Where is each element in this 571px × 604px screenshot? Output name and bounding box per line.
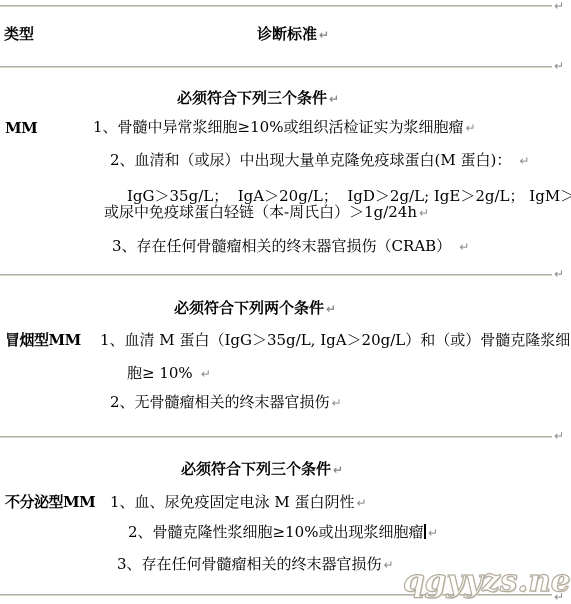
table-rule-section1 <box>0 274 552 276</box>
section-heading-mm-text: 必须符合下列三个条件 <box>177 89 327 107</box>
section-heading-nonsecretory-text: 必须符合下列三个条件 <box>181 460 331 478</box>
paragraph-return-icon: ↵ <box>319 28 329 42</box>
criteria-line: 1、骨髓中异常浆细胞≥10%或组织活检证实为浆细胞瘤↵ <box>93 119 476 136</box>
paragraph-return-icon: ↵ <box>384 558 394 572</box>
row-label-smoldering: 冒烟型MM <box>5 332 81 348</box>
column-header-criteria: 诊断标准↵ <box>30 26 556 43</box>
criteria-line-text: 3、存在任何骨髓瘤相关的终末器官损伤（CRAB） <box>112 237 451 255</box>
paragraph-return-icon: ↵ <box>333 463 343 477</box>
document-page[interactable]: ↵ 类型 诊断标准↵ ↵ 必须符合下列三个条件↵ MM 1、骨髓中异常浆细胞≥1… <box>0 0 571 604</box>
paragraph-return-icon: ↵ <box>332 396 342 410</box>
row-label-mm: MM <box>5 120 37 136</box>
section-heading-smoldering-text: 必须符合下列两个条件 <box>174 299 324 317</box>
paragraph-return-icon: ↵ <box>465 121 475 135</box>
paragraph-return-icon: ↵ <box>326 302 336 316</box>
criteria-line-text: 3、存在任何骨髓瘤相关的终末器官损伤 <box>117 555 382 573</box>
criteria-line: 2、骨髓克隆性浆细胞≥10%或出现浆细胞瘤↵ <box>128 524 438 541</box>
table-rule-header <box>0 66 552 68</box>
paragraph-return-icon: ↵ <box>329 92 339 106</box>
column-header-criteria-text: 诊断标准 <box>257 25 317 43</box>
criteria-line: 3、存在任何骨髓瘤相关的终末器官损伤（CRAB）↵ <box>112 238 469 255</box>
paragraph-return-icon: ↵ <box>419 206 429 220</box>
paragraph-return-icon: ↵ <box>428 526 438 540</box>
paragraph-return-icon: ↵ <box>201 367 211 381</box>
criteria-line: 1、血、尿免疫固定电泳 M 蛋白阴性↵ <box>110 494 367 511</box>
criteria-line-text: 2、骨髓克隆性浆细胞≥10%或出现浆细胞瘤 <box>128 523 423 541</box>
criteria-line-text: 1、血、尿免疫固定电泳 M 蛋白阴性 <box>110 493 354 511</box>
watermark: qgyyzs.net <box>403 566 571 597</box>
section-heading-mm: 必须符合下列三个条件↵ <box>0 90 516 107</box>
section-heading-smoldering: 必须符合下列两个条件↵ <box>0 300 510 317</box>
paragraph-return-icon: ↵ <box>459 240 469 254</box>
row-label-nonsecretory: 不分泌型MM <box>5 494 95 510</box>
table-rule-top <box>0 5 552 7</box>
criteria-line: 或尿中免疫球蛋白轻链（本-周氏白）＞1g/24h↵ <box>104 204 429 221</box>
criteria-line-text: 或尿中免疫球蛋白轻链（本-周氏白）＞1g/24h <box>104 203 417 221</box>
table-rule-section2 <box>0 436 552 438</box>
criteria-line: 2、无骨髓瘤相关的终末器官损伤↵ <box>110 394 342 411</box>
criteria-line-text: 1、骨髓中异常浆细胞≥10%或组织活检证实为浆细胞瘤 <box>93 118 463 136</box>
criteria-line: 2、血清和（或尿）中出现大量单克隆免疫球蛋白(M 蛋白)：↵ <box>110 152 529 169</box>
paragraph-return-icon: ↵ <box>554 0 564 12</box>
criteria-line: IgG＞35g/L； IgA＞20g/L； IgD＞2g/L; IgE＞2g/L… <box>127 188 571 204</box>
criteria-line: 3、存在任何骨髓瘤相关的终末器官损伤↵ <box>117 556 394 573</box>
text-cursor <box>424 524 426 539</box>
criteria-line: 胞≥ 10%↵ <box>127 365 211 382</box>
paragraph-return-icon: ↵ <box>554 268 564 280</box>
criteria-line-text: 2、无骨髓瘤相关的终末器官损伤 <box>110 393 330 411</box>
paragraph-return-icon: ↵ <box>356 496 366 510</box>
paragraph-return-icon: ↵ <box>554 430 564 442</box>
criteria-line-text: 2、血清和（或尿）中出现大量单克隆免疫球蛋白(M 蛋白)： <box>110 151 511 169</box>
paragraph-return-icon: ↵ <box>554 60 564 72</box>
criteria-line: 1、血清 M 蛋白（IgG＞35g/L, IgA＞20g/L）和（或）骨髓克隆浆… <box>100 332 571 349</box>
criteria-line-text: 胞≥ 10% <box>127 364 193 382</box>
paragraph-return-icon: ↵ <box>519 154 529 168</box>
criteria-line-text: 1、血清 M 蛋白（IgG＞35g/L, IgA＞20g/L）和（或）骨髓克隆浆… <box>100 331 570 349</box>
section-heading-nonsecretory: 必须符合下列三个条件↵ <box>4 461 520 478</box>
